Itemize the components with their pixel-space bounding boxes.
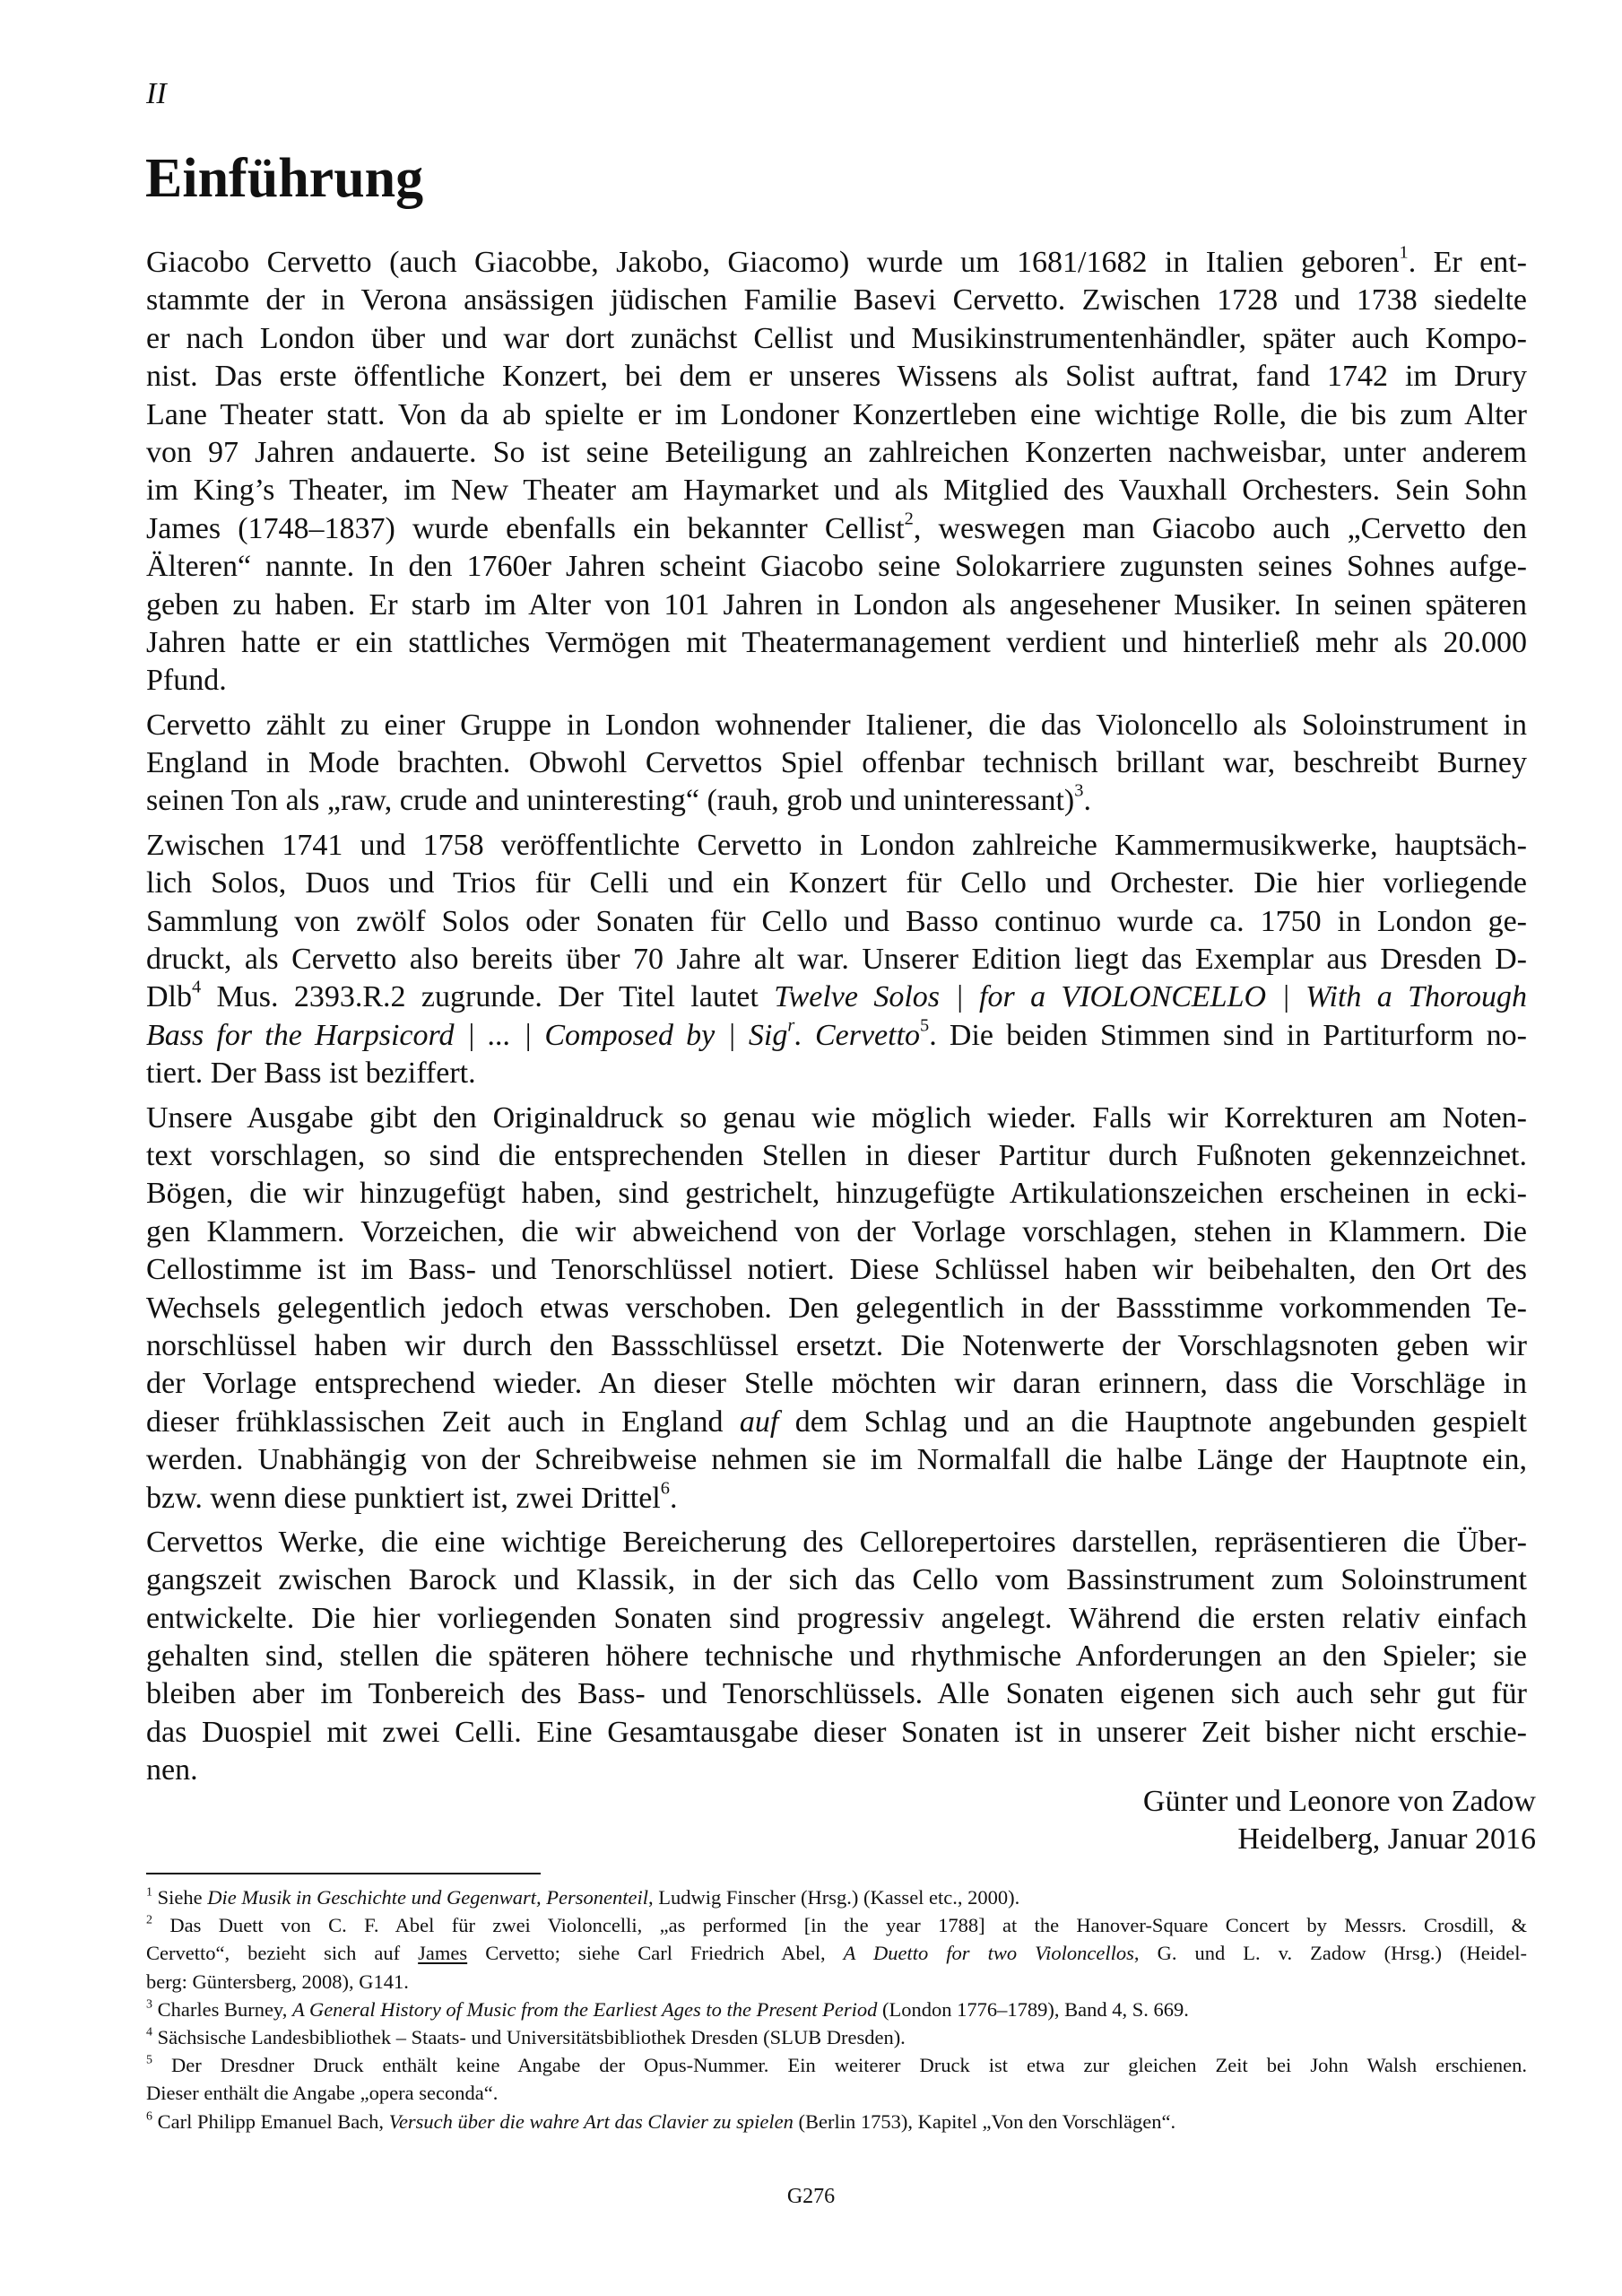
text-segment: Bögen, die wir hinzugefügt haben, sind g… bbox=[146, 1177, 1527, 1210]
text-segment: , weswegen man Giacobo auch „Cervetto de… bbox=[914, 512, 1527, 545]
paragraph: Giacobo Cervetto (auch Giacobbe, Jakobo,… bbox=[146, 244, 1527, 700]
text-segment: im King’s Theater, im New Theater am Hay… bbox=[146, 474, 1527, 507]
text-line: werden. Unabhängig von der Schreibweise … bbox=[146, 1441, 1527, 1479]
footnote-separator bbox=[146, 1873, 541, 1874]
text-segment: dieser frühklassischen Zeit auch in Engl… bbox=[146, 1405, 740, 1439]
text-line: das Duospiel mit zwei Celli. Eine Gesamt… bbox=[146, 1714, 1527, 1752]
text-line: Cellostimme ist im Bass- und Tenorschlüs… bbox=[146, 1251, 1527, 1289]
text-line: Giacobo Cervetto (auch Giacobbe, Jakobo,… bbox=[146, 244, 1527, 282]
text-segment: Carl Philipp Emanuel Bach, bbox=[152, 2110, 389, 2133]
text-line: Lane Theater statt. Von da ab spielte er… bbox=[146, 396, 1527, 434]
footnote: 4 Sächsische Landesbibliothek – Staats- … bbox=[146, 2023, 1527, 2051]
text-segment: gen Klammern. Vorzeichen, die wir abweic… bbox=[146, 1215, 1527, 1248]
footnote-marker: 5 bbox=[146, 2053, 152, 2066]
text-line: Bass for the Harpsicord | ... | Composed… bbox=[146, 1017, 1527, 1055]
text-segment: werden. Unabhängig von der Schreibweise … bbox=[146, 1443, 1527, 1476]
text-segment: Der Dresdner Druck enthält keine Angabe … bbox=[152, 2054, 1527, 2076]
text-line: geben zu haben. Er starb im Alter von 10… bbox=[146, 587, 1527, 624]
text-segment: nen. bbox=[146, 1753, 198, 1787]
paragraph: Zwischen 1741 und 1758 veröffentlichte C… bbox=[146, 827, 1527, 1093]
text-line: von 97 Jahren andauerte. So ist seine Be… bbox=[146, 434, 1527, 472]
text-line: Wechsels gelegentlich jedoch etwas versc… bbox=[146, 1290, 1527, 1327]
text-line: 3 Charles Burney, A General History of M… bbox=[146, 1996, 1527, 2023]
text-segment: lich Solos, Duos und Trios für Celli und… bbox=[146, 866, 1527, 900]
italic-text: A Duetto for two Violoncellos bbox=[844, 1942, 1134, 1964]
text-line: Pfund. bbox=[146, 662, 1527, 700]
text-segment: Lane Theater statt. Von da ab spielte er… bbox=[146, 398, 1527, 431]
italic-text: . Cervetto bbox=[794, 1019, 920, 1052]
footnotes: 1 Siehe Die Musik in Geschichte und Gege… bbox=[146, 1883, 1527, 2135]
paragraph: Cervettos Werke, die eine wichtige Berei… bbox=[146, 1524, 1527, 1790]
text-segment: Cervetto; siehe Carl Friedrich Abel, bbox=[467, 1942, 843, 1964]
text-segment: Wechsels gelegentlich jedoch etwas versc… bbox=[146, 1291, 1527, 1325]
footnote: 6 Carl Philipp Emanuel Bach, Versuch übe… bbox=[146, 2108, 1527, 2135]
text-segment: Cellostimme ist im Bass- und Tenorschlüs… bbox=[146, 1253, 1527, 1286]
text-line: 6 Carl Philipp Emanuel Bach, Versuch übe… bbox=[146, 2108, 1527, 2135]
text-segment: stammte der in Verona ansässigen jüdisch… bbox=[146, 283, 1527, 317]
text-segment: Pfund. bbox=[146, 664, 227, 697]
text-segment: Jahren hatte er ein stattliches Vermögen… bbox=[146, 626, 1527, 659]
italic-text: Twelve Solos | for a VIOLONCELLO | With … bbox=[774, 980, 1527, 1013]
text-line: Cervetto“, bezieht sich auf James Cervet… bbox=[146, 1939, 1527, 1967]
text-line: gehalten sind, stellen die späteren höhe… bbox=[146, 1638, 1527, 1675]
text-segment: der Vorlage entsprechend wieder. An dies… bbox=[146, 1367, 1527, 1400]
italic-text: Die Musik in Geschichte und Gegenwart, P… bbox=[207, 1886, 648, 1909]
footnote-marker: 6 bbox=[146, 2109, 152, 2123]
text-segment: James (1748–1837) wurde ebenfalls ein be… bbox=[146, 512, 905, 545]
text-segment: norschlüssel haben wir durch den Basssch… bbox=[146, 1329, 1527, 1362]
footnote-marker: 2 bbox=[905, 509, 914, 528]
footnote: 5 Der Dresdner Druck enthält keine Angab… bbox=[146, 2051, 1527, 2107]
text-segment: . bbox=[1083, 784, 1091, 817]
text-segment: England in Mode brachten. Obwohl Cervett… bbox=[146, 746, 1527, 779]
text-line: berg: Güntersberg, 2008), G141. bbox=[146, 1968, 1527, 1996]
text-line: gangszeit zwischen Barock und Klassik, i… bbox=[146, 1561, 1527, 1599]
text-line: 4 Sächsische Landesbibliothek – Staats- … bbox=[146, 2023, 1527, 2051]
text-segment: entwickelte. Die hier vorliegenden Sonat… bbox=[146, 1602, 1527, 1635]
text-line: bzw. wenn diese punktiert ist, zwei Drit… bbox=[146, 1480, 1527, 1518]
text-segment: , Ludwig Finscher (Hrsg.) (Kassel etc., … bbox=[648, 1886, 1019, 1909]
text-line: der Vorlage entsprechend wieder. An dies… bbox=[146, 1365, 1527, 1403]
text-line: James (1748–1837) wurde ebenfalls ein be… bbox=[146, 510, 1527, 548]
text-segment: . bbox=[670, 1482, 678, 1515]
footnote-marker: 4 bbox=[146, 2025, 152, 2039]
text-segment: Älteren“ nannte. In den 1760er Jahren sc… bbox=[146, 550, 1527, 583]
text-segment: . Er ent- bbox=[1409, 246, 1527, 279]
text-line: druckt, als Cervetto also bereits über 7… bbox=[146, 941, 1527, 978]
footnote-marker: 4 bbox=[192, 978, 201, 997]
footnote-marker: 1 bbox=[1400, 243, 1409, 263]
underlined-text: James bbox=[418, 1942, 467, 1964]
text-segment: das Duospiel mit zwei Celli. Eine Gesamt… bbox=[146, 1716, 1527, 1749]
text-segment: (London 1776–1789), Band 4, S. 669. bbox=[877, 1998, 1189, 2021]
text-line: er nach London über und war dort zunächs… bbox=[146, 320, 1527, 358]
signature-place-date: Heidelberg, Januar 2016 bbox=[1143, 1821, 1536, 1858]
footnote-marker: 2 bbox=[146, 1913, 152, 1926]
text-line: text vorschlagen, so sind die entspreche… bbox=[146, 1137, 1527, 1175]
text-segment: seinen Ton als „raw, crude and uninteres… bbox=[146, 784, 1074, 817]
italic-text: Versuch über die wahre Art das Clavier z… bbox=[389, 2110, 794, 2133]
text-segment: gehalten sind, stellen die späteren höhe… bbox=[146, 1639, 1527, 1673]
text-line: tiert. Der Bass ist beziffert. bbox=[146, 1055, 1527, 1092]
body-text: Giacobo Cervetto (auch Giacobbe, Jakobo,… bbox=[146, 244, 1527, 1796]
page-title: Einführung bbox=[145, 151, 423, 206]
text-line: dieser frühklassischen Zeit auch in Engl… bbox=[146, 1404, 1527, 1441]
text-segment: von 97 Jahren andauerte. So ist seine Be… bbox=[146, 436, 1527, 469]
italic-text: auf bbox=[740, 1405, 778, 1439]
text-line: lich Solos, Duos und Trios für Celli und… bbox=[146, 865, 1527, 902]
text-line: entwickelte. Die hier vorliegenden Sonat… bbox=[146, 1600, 1527, 1638]
text-line: Dlb4 Mus. 2393.R.2 zugrunde. Der Titel l… bbox=[146, 978, 1527, 1016]
text-segment: nist. Das erste öffentliche Konzert, bei… bbox=[146, 360, 1527, 393]
text-segment: , G. und L. v. Zadow (Hrsg.) (Heidel- bbox=[1134, 1942, 1527, 1964]
text-line: Bögen, die wir hinzugefügt haben, sind g… bbox=[146, 1175, 1527, 1213]
text-line: stammte der in Verona ansässigen jüdisch… bbox=[146, 282, 1527, 319]
text-segment: Zwischen 1741 und 1758 veröffentlichte C… bbox=[146, 829, 1527, 862]
text-line: Jahren hatte er ein stattliches Vermögen… bbox=[146, 624, 1527, 662]
running-page-number: II bbox=[146, 77, 167, 111]
text-line: Zwischen 1741 und 1758 veröffentlichte C… bbox=[146, 827, 1527, 865]
text-segment: Sächsische Landesbibliothek – Staats- un… bbox=[152, 2026, 906, 2048]
text-line: Dieser enthält die Angabe „opera seconda… bbox=[146, 2079, 1527, 2107]
text-segment: Sammlung von zwölf Solos oder Sonaten fü… bbox=[146, 905, 1527, 938]
text-segment: . Die beiden Stimmen sind in Partiturfor… bbox=[929, 1019, 1527, 1052]
text-segment: berg: Güntersberg, 2008), G141. bbox=[146, 1970, 409, 1993]
text-segment: er nach London über und war dort zunächs… bbox=[146, 322, 1527, 355]
signature-block: Günter und Leonore von Zadow Heidelberg,… bbox=[1143, 1783, 1536, 1859]
footnote: 3 Charles Burney, A General History of M… bbox=[146, 1996, 1527, 2023]
footnote: 1 Siehe Die Musik in Geschichte und Gege… bbox=[146, 1883, 1527, 1911]
text-segment: dem Schlag und an die Hauptnote angebund… bbox=[778, 1405, 1527, 1439]
footnote-marker: 6 bbox=[661, 1478, 670, 1498]
text-line: 5 Der Dresdner Druck enthält keine Angab… bbox=[146, 2051, 1527, 2079]
text-line: England in Mode brachten. Obwohl Cervett… bbox=[146, 744, 1527, 782]
text-segment: Dieser enthält die Angabe „opera seconda… bbox=[146, 2082, 498, 2104]
text-line: norschlüssel haben wir durch den Basssch… bbox=[146, 1327, 1527, 1365]
text-segment: Das Duett von C. F. Abel für zwei Violon… bbox=[152, 1914, 1527, 1936]
text-line: Cervettos Werke, die eine wichtige Berei… bbox=[146, 1524, 1527, 1561]
italic-text: A General History of Music from the Earl… bbox=[292, 1998, 877, 2021]
text-line: 1 Siehe Die Musik in Geschichte und Gege… bbox=[146, 1883, 1527, 1911]
text-segment: Cervettos Werke, die eine wichtige Berei… bbox=[146, 1526, 1527, 1559]
text-segment: Cervetto“, bezieht sich auf bbox=[146, 1942, 418, 1964]
paragraph: Cervetto zählt zu einer Gruppe in London… bbox=[146, 707, 1527, 821]
footnote-marker: 1 bbox=[146, 1885, 152, 1899]
signature-authors: Günter und Leonore von Zadow bbox=[1143, 1783, 1536, 1821]
text-line: Unsere Ausgabe gibt den Originaldruck so… bbox=[146, 1100, 1527, 1137]
text-line: seinen Ton als „raw, crude and uninteres… bbox=[146, 782, 1527, 820]
text-segment: bzw. wenn diese punktiert ist, zwei Drit… bbox=[146, 1482, 661, 1515]
footnote-marker: 3 bbox=[146, 1997, 152, 2011]
text-segment: geben zu haben. Er starb im Alter von 10… bbox=[146, 588, 1527, 622]
text-line: Sammlung von zwölf Solos oder Sonaten fü… bbox=[146, 903, 1527, 941]
text-segment: Siehe bbox=[152, 1886, 207, 1909]
text-line: Cervetto zählt zu einer Gruppe in London… bbox=[146, 707, 1527, 744]
text-segment: Mus. 2393.R.2 zugrunde. Der Titel lautet bbox=[201, 980, 774, 1013]
text-line: nist. Das erste öffentliche Konzert, bei… bbox=[146, 358, 1527, 396]
footnote: 2 Das Duett von C. F. Abel für zwei Viol… bbox=[146, 1911, 1527, 1996]
text-segment: tiert. Der Bass ist beziffert. bbox=[146, 1057, 476, 1090]
text-line: 2 Das Duett von C. F. Abel für zwei Viol… bbox=[146, 1911, 1527, 1939]
text-segment: Charles Burney, bbox=[152, 1998, 292, 2021]
text-line: bleiben aber im Tonbereich des Bass- und… bbox=[146, 1675, 1527, 1713]
text-segment: druckt, als Cervetto also bereits über 7… bbox=[146, 943, 1527, 976]
text-segment: gangszeit zwischen Barock und Klassik, i… bbox=[146, 1563, 1527, 1596]
text-segment: Giacobo Cervetto (auch Giacobbe, Jakobo,… bbox=[146, 246, 1400, 279]
paragraph: Unsere Ausgabe gibt den Originaldruck so… bbox=[146, 1100, 1527, 1518]
text-segment: bleiben aber im Tonbereich des Bass- und… bbox=[146, 1677, 1527, 1710]
text-segment: Dlb bbox=[146, 980, 192, 1013]
italic-text: Bass for the Harpsicord | ... | Composed… bbox=[146, 1019, 787, 1052]
text-line: gen Klammern. Vorzeichen, die wir abweic… bbox=[146, 1213, 1527, 1251]
footnote-marker: 3 bbox=[1074, 781, 1083, 801]
footnote-marker: 5 bbox=[920, 1016, 929, 1036]
text-line: Älteren“ nannte. In den 1760er Jahren sc… bbox=[146, 548, 1527, 586]
text-segment: Cervetto zählt zu einer Gruppe in London… bbox=[146, 709, 1527, 742]
text-segment: text vorschlagen, so sind die entspreche… bbox=[146, 1139, 1527, 1172]
text-line: im King’s Theater, im New Theater am Hay… bbox=[146, 472, 1527, 509]
text-segment: Unsere Ausgabe gibt den Originaldruck so… bbox=[146, 1101, 1527, 1135]
page-number: G276 bbox=[0, 2185, 1622, 2209]
text-segment: (Berlin 1753), Kapitel „Von den Vorschlä… bbox=[794, 2110, 1175, 2133]
